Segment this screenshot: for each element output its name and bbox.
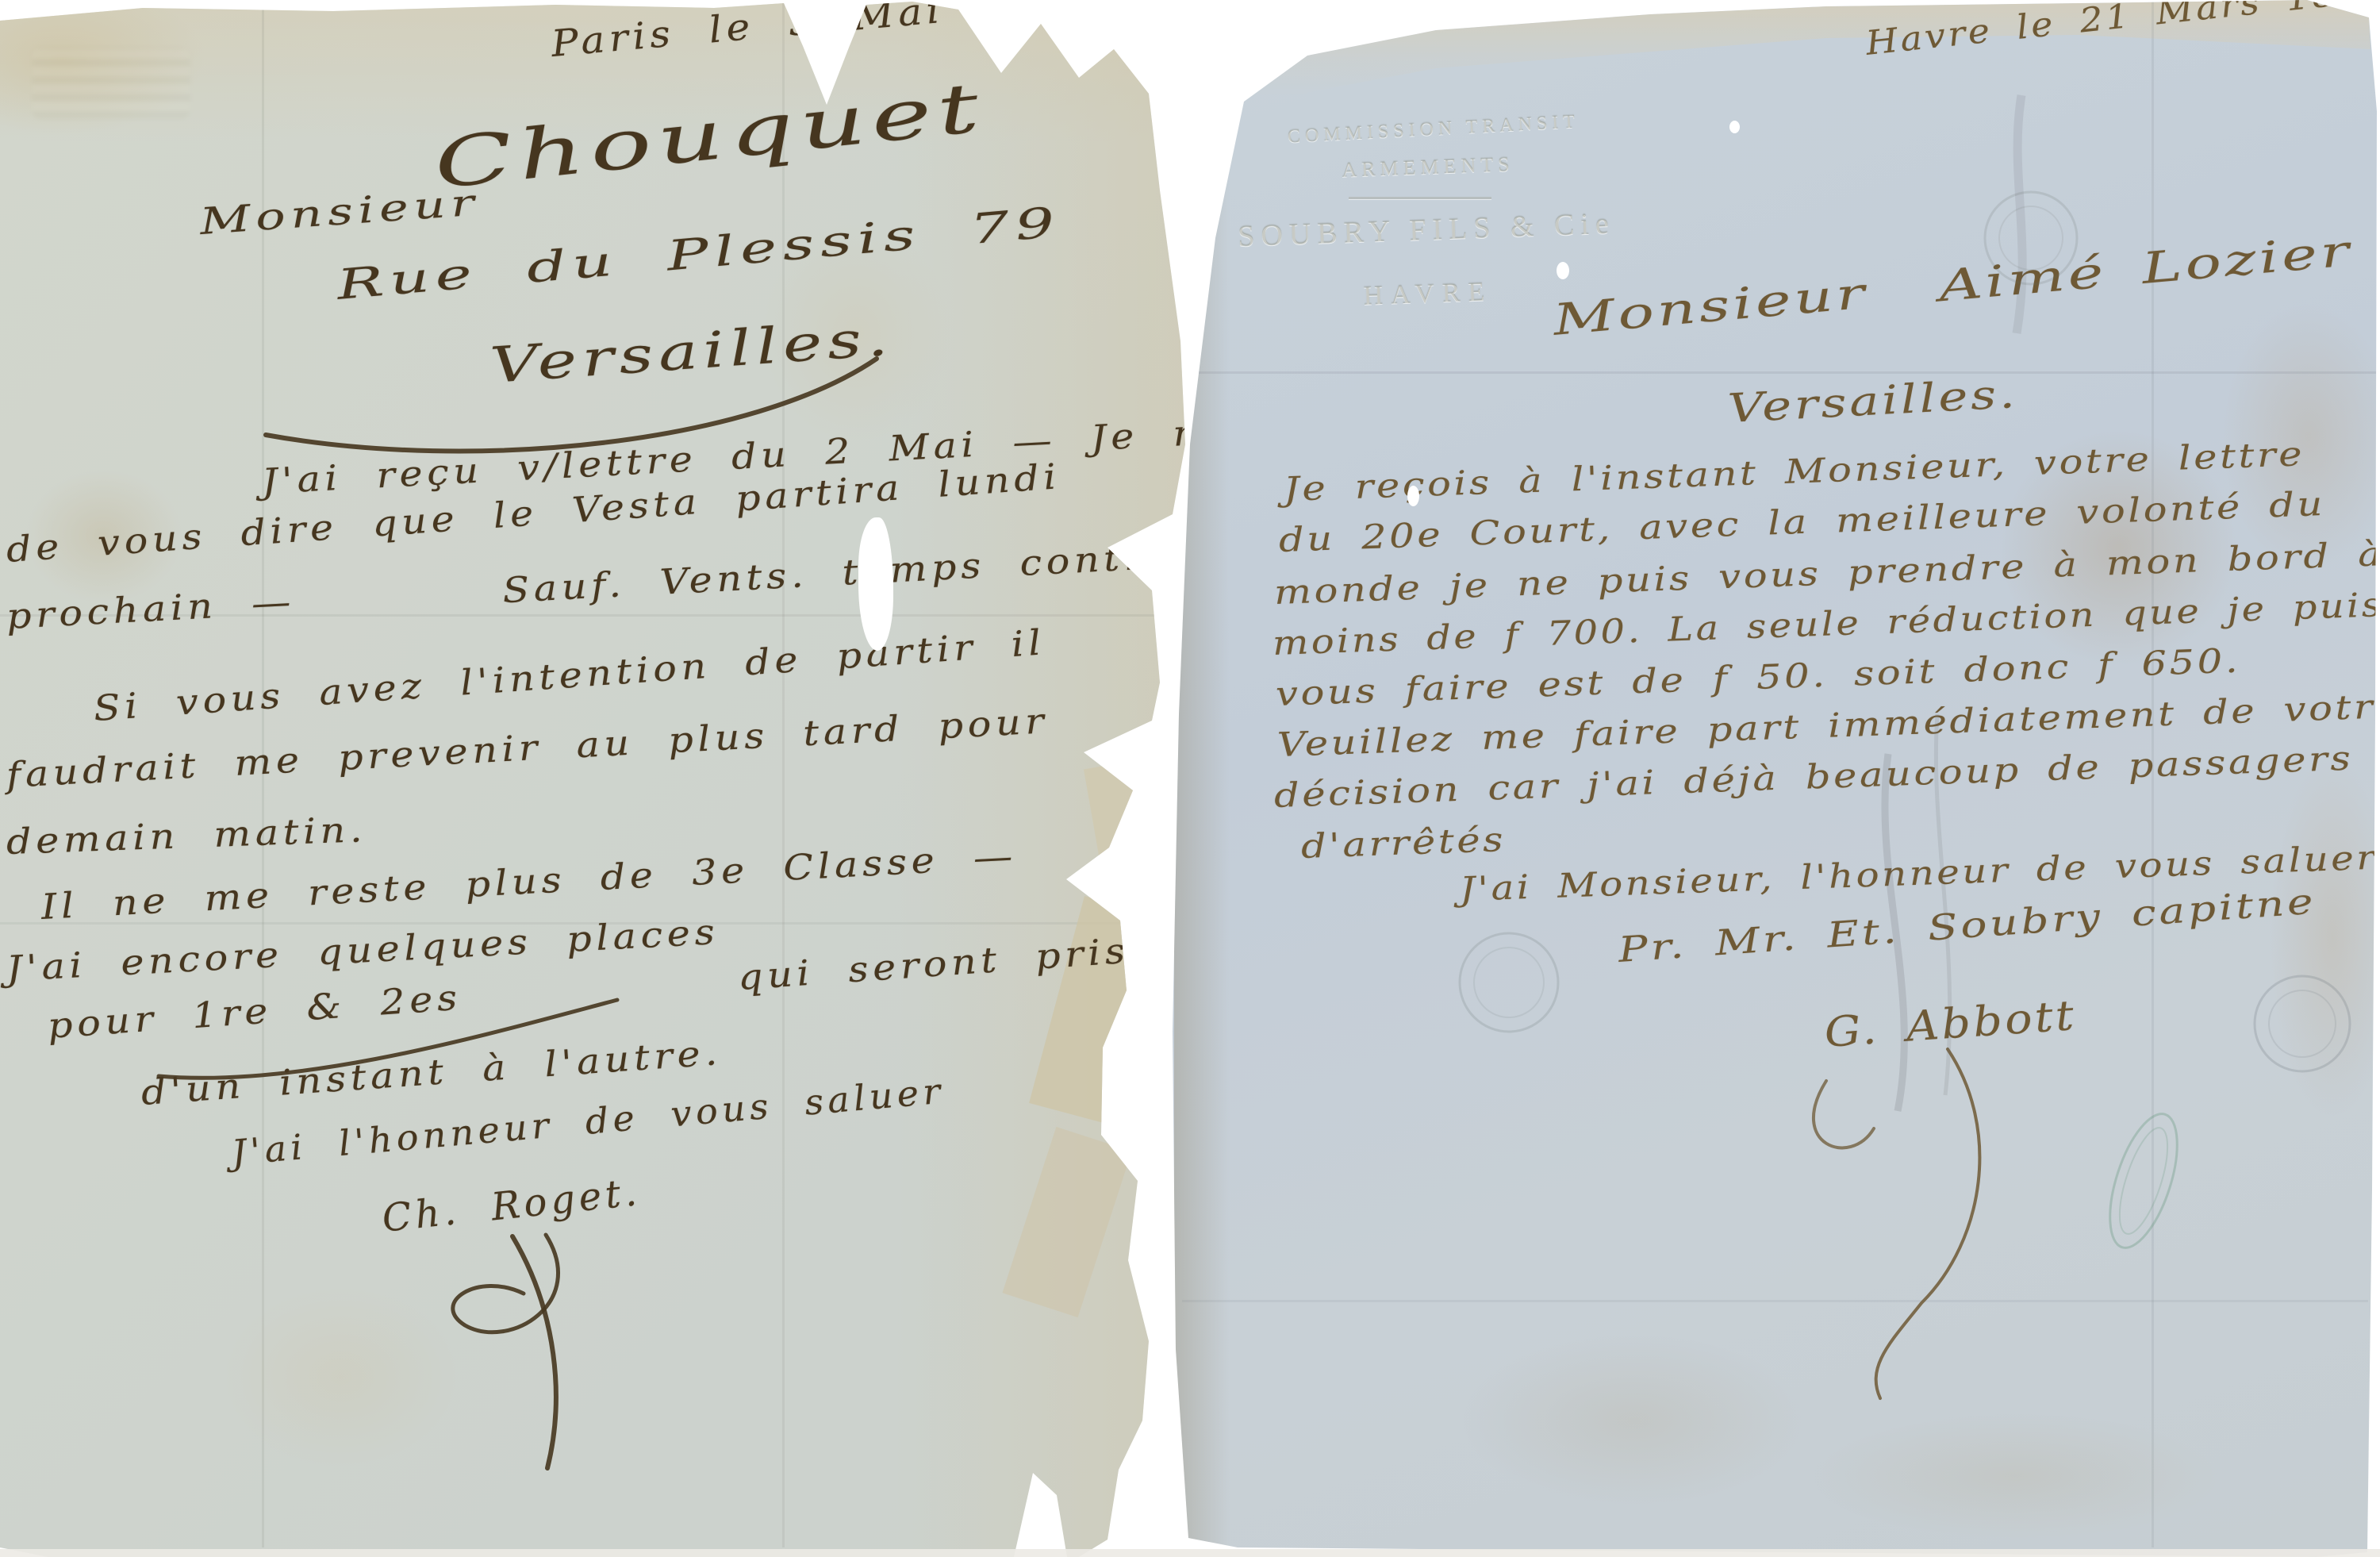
paper-stain — [896, 0, 1198, 1557]
left-recipient-salutation: Monsieur — [198, 180, 481, 243]
right-recipient-line: Monsieur Aimé Lozier — [1551, 225, 2354, 345]
torn-fold-sliver — [1084, 756, 1181, 902]
fold-crease-horizontal — [1182, 1300, 2368, 1302]
torn-fold-sliver — [1029, 896, 1177, 1128]
spacer — [1866, 262, 1941, 318]
letterhead-embossed-line4: HAVRE — [1300, 275, 1555, 313]
left-recipient-street: Rue du Plessis 79 — [335, 198, 1062, 309]
paper-stain — [1460, 1333, 1809, 1508]
fold-crease-vertical — [2152, 0, 2154, 1547]
right-dateline: Havre le 21 Mars 1850 — — [1864, 0, 2380, 63]
left-dateline: Paris le 3 Mai 1850 — [550, 0, 1099, 65]
left-body-line: Il ne me reste plus de 3e Classe — — [40, 836, 1018, 928]
pinhole — [1557, 262, 1569, 279]
right-signature-intro: Pr. Mr. Et. Soubry capitne — [1617, 882, 2317, 971]
fold-crease-horizontal — [0, 614, 1174, 617]
paper-stain — [24, 468, 182, 603]
left-body-line: pour 1re & 2es qui seront pris — [46, 931, 1130, 1047]
right-recipient-city: Versailles. — [1726, 371, 2018, 432]
right-body-line: Je reçois à l'instant Monsieur, votre le… — [1283, 434, 2305, 509]
right-recipient-salutation: Monsieur — [1551, 267, 1870, 344]
left-recipient-name: Chouquet — [431, 67, 988, 204]
left-body-line: faudrait me prevenir au plus tard pour — [6, 701, 1050, 796]
scanned-letters-canvas: Paris le 3 Mai 1850 Monsieur Chouquet Ru… — [0, 0, 2380, 1557]
right-closing-line: J'ai Monsieur, l'honneur de vous saluer. — [1459, 837, 2380, 909]
right-body-line: du 20e Court, avec la meilleure volonté … — [1278, 484, 2326, 559]
left-body-line: demain matin. — [6, 809, 367, 863]
paper-stain — [1999, 429, 2237, 667]
pinhole — [1729, 121, 1740, 133]
right-body-line: moins de f 700. La seule réduction que j… — [1272, 583, 2380, 663]
top-fold-flap — [1228, 0, 2378, 95]
right-body-line: monde je ne puis vous prendre à mon bord… — [1273, 534, 2380, 612]
page-edge-shading — [1174, 79, 1230, 1547]
paper-stain — [0, 0, 1190, 143]
right-body-line: d'arrêtés — [1300, 820, 1507, 866]
left-body-line: prochain — Sauf. Vents. temps contrair. — [6, 532, 1228, 637]
paper-stain — [762, 222, 952, 444]
letterhead-embossed-rule — [1349, 197, 1491, 199]
left-signature: Ch. Roget. — [380, 1170, 643, 1241]
paper-stain — [2269, 754, 2380, 1119]
letterhead-embossed-line1: COMMISSION TRANSIT — [1247, 110, 1621, 151]
left-body-line: Si vous avez l'intention de partir il — [92, 622, 1046, 729]
paper-stain — [1809, 1413, 2221, 1540]
paper-hole — [858, 517, 893, 651]
fold-crease-horizontal — [1190, 371, 2376, 374]
right-signature: G. Abbott — [1823, 992, 2078, 1057]
paper-stain — [2221, 302, 2380, 571]
left-body-line: d'un instant à l'autre. — [140, 1032, 723, 1113]
fold-crease-vertical — [262, 0, 264, 1547]
paper-stain — [222, 1286, 460, 1468]
pinhole — [1407, 486, 1419, 506]
right-recipient-name: Aimé Lozier — [1937, 225, 2354, 311]
scanner-edge-strip — [0, 1549, 2380, 1557]
left-body-line: J'ai encore quelques places — [6, 912, 720, 990]
fold-crease-horizontal — [0, 922, 1134, 925]
fold-crease-vertical — [782, 0, 785, 1547]
right-body-line: Veuillez me faire part immédiatement de … — [1276, 686, 2380, 764]
right-body-line: vous faire est de f 50. soit donc f 650. — [1275, 641, 2241, 713]
left-recipient-city: Versailles. — [488, 309, 895, 394]
left-body-line: de vous dire que le Vesta partira lundi — [5, 456, 1061, 571]
embossed-stamp-left — [32, 48, 190, 119]
letterhead-embossed-line2: ARMEMENTS — [1269, 150, 1587, 185]
right-body-line: décision car j'ai déjà beaucoup de passa… — [1273, 739, 2354, 815]
paper-stain — [0, 8, 206, 135]
torn-fold-sliver — [1002, 1127, 1131, 1317]
left-closing-line: J'ai l'honneur de vous saluer — [230, 1071, 946, 1174]
letterhead-embossed-line3: SOUBRY FILS & Cie — [1227, 206, 1625, 254]
